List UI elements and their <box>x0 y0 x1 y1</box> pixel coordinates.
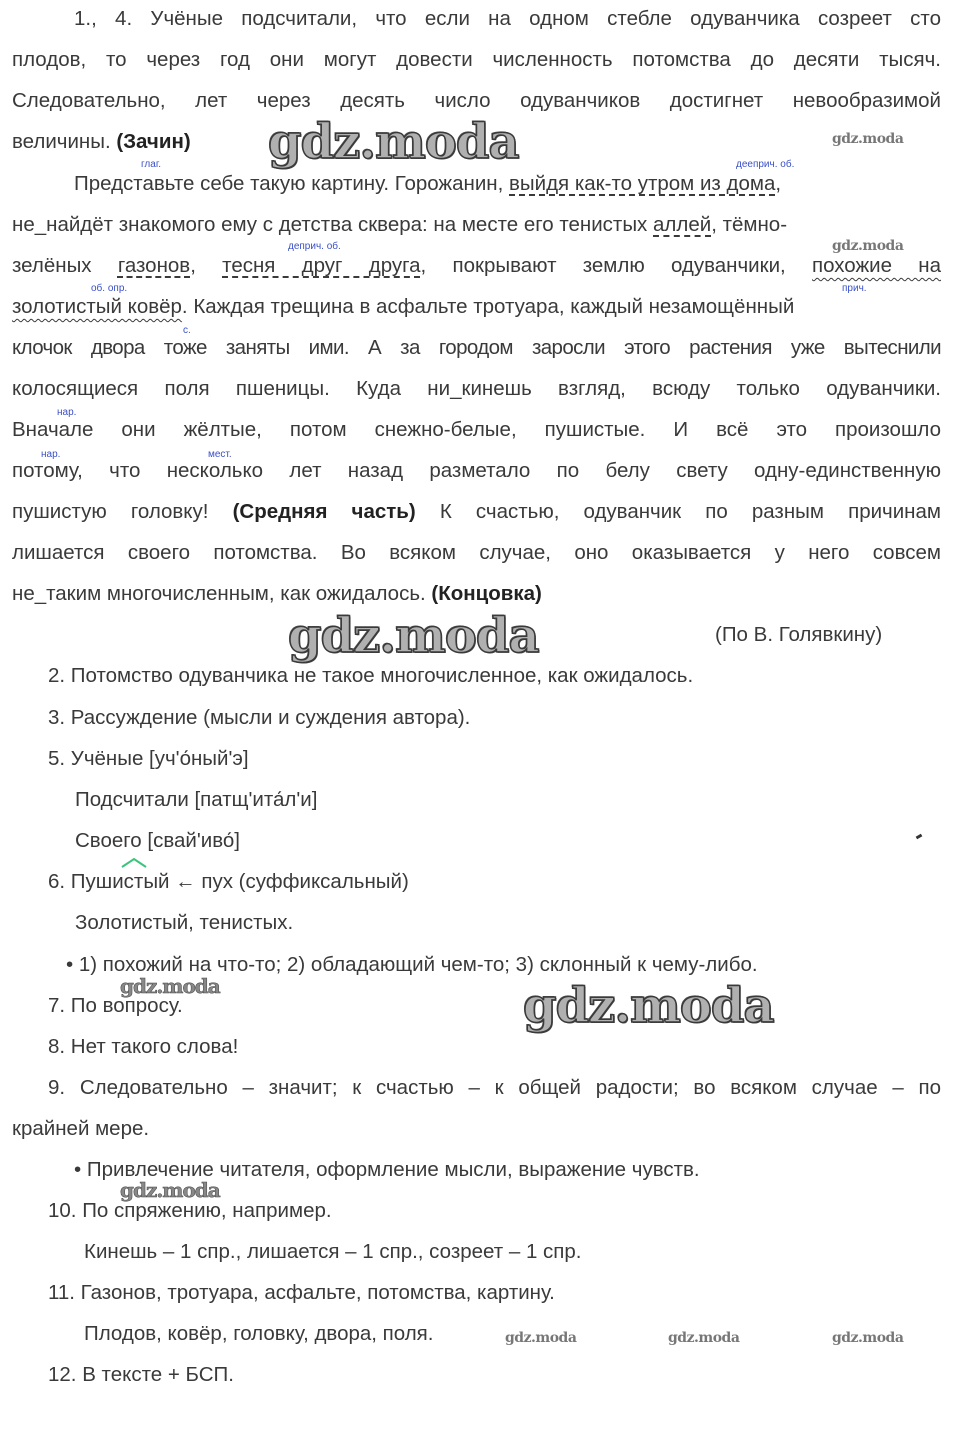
answer-11: 11. Газонов, тротуара, асфальте, потомст… <box>48 1272 953 1313</box>
text-line: потому, что несколько лет назад разметал… <box>12 450 941 491</box>
answer-10-line: Кинешь – 1 спр., лишается – 1 спр., созр… <box>84 1231 953 1272</box>
answer-6-line: Золотистый, тенистых. <box>75 902 953 943</box>
answer-5: 5. Учёные [уч'о́ный'э] <box>48 738 953 779</box>
watermark: gdz.moda <box>668 1330 739 1346</box>
text-fragment: величины. <box>12 130 116 153</box>
section-label-ending: (Концовка) <box>431 582 541 605</box>
text-line: колосящиеся поля пшеницы. Куда ни_кинешь… <box>12 368 941 409</box>
attribute-underline: похожие на <box>812 254 941 277</box>
text-line: лишается своего потомства. Во всяком слу… <box>12 532 941 573</box>
text-fragment: , тёмно- <box>711 213 787 236</box>
text-fragment: не_таким многочисленным, как ожидалось. <box>12 582 431 605</box>
text-line: Вначале они жёлтые, потом снежно-белые, … <box>12 409 941 450</box>
text-fragment: , <box>190 254 222 277</box>
watermark: gdz.moda <box>120 974 220 998</box>
watermark: gdz.moda <box>288 608 539 664</box>
text-fragment: не_найдёт знакомого ему с детства сквера… <box>12 213 653 236</box>
object-underline: газонов <box>118 254 190 277</box>
answer-3: 3. Рассуждение (мысли и суждения автора)… <box>48 697 953 738</box>
participle-phrase-underline: выйдя как-то утром из дома <box>509 172 775 195</box>
text-fragment: зелёных <box>12 254 118 277</box>
watermark: gdz.moda <box>832 238 903 254</box>
answer-5-line: Своего [свай'иво́] <box>75 820 953 861</box>
text-fragment: пушистую головку! <box>12 500 233 523</box>
section-label-intro: (Зачин) <box>116 130 190 153</box>
text-line: зелёных газонов, тесня друг друга, покры… <box>12 245 941 286</box>
text-line: золотистый ковёр. Каждая трещина в асфал… <box>12 286 941 327</box>
text-fragment: , <box>775 172 781 195</box>
text-line: не_найдёт знакомого ему с детства сквера… <box>12 204 941 245</box>
text-fragment: , покрывают землю одуванчики, <box>421 254 812 277</box>
text-line: плодов, то через год они могут довести ч… <box>12 39 941 80</box>
section-label-middle: (Средняя часть) <box>233 500 416 523</box>
text-line: пушистую головку! (Средняя часть) К счас… <box>12 491 941 532</box>
answer-9-line: крайней мере. <box>12 1108 941 1149</box>
text-fragment: К счастью, одуванчик по разным причинам <box>416 500 941 523</box>
text-line: клочок двора тоже заняты ими. А за город… <box>12 327 941 368</box>
answer-9: 9. Следовательно – значит; к счастью – к… <box>48 1067 941 1108</box>
object-underline: аллей <box>653 213 711 236</box>
text-line: 1., 4. Учёные подсчитали, что если на од… <box>12 0 941 39</box>
text-fragment: Представьте себе такую картину. Горожани… <box>74 172 509 195</box>
answer-6: 6. Пушистый ← пух (суффиксальный) <box>48 861 953 902</box>
source-attribution: (По В. Голявкину) <box>715 614 935 655</box>
watermark: gdz.moda <box>268 114 519 170</box>
watermark: gdz.moda <box>120 1178 220 1202</box>
text-fragment: . Каждая трещина в асфальте тротуара, ка… <box>182 295 794 318</box>
watermark: gdz.moda <box>832 131 903 147</box>
participle-phrase-underline: тесня друг друга <box>222 254 420 277</box>
attribute-underline: золотистый ковёр <box>12 295 182 318</box>
watermark: gdz.moda <box>832 1330 903 1346</box>
watermark: gdz.moda <box>523 978 774 1034</box>
answer-8: 8. Нет такого слова! <box>48 1026 953 1067</box>
answer-12: 12. В тексте + БСП. <box>48 1354 953 1395</box>
watermark: gdz.moda <box>505 1330 576 1346</box>
answer-5-line: Подсчитали [патщ'ита́л'и] <box>75 779 953 820</box>
